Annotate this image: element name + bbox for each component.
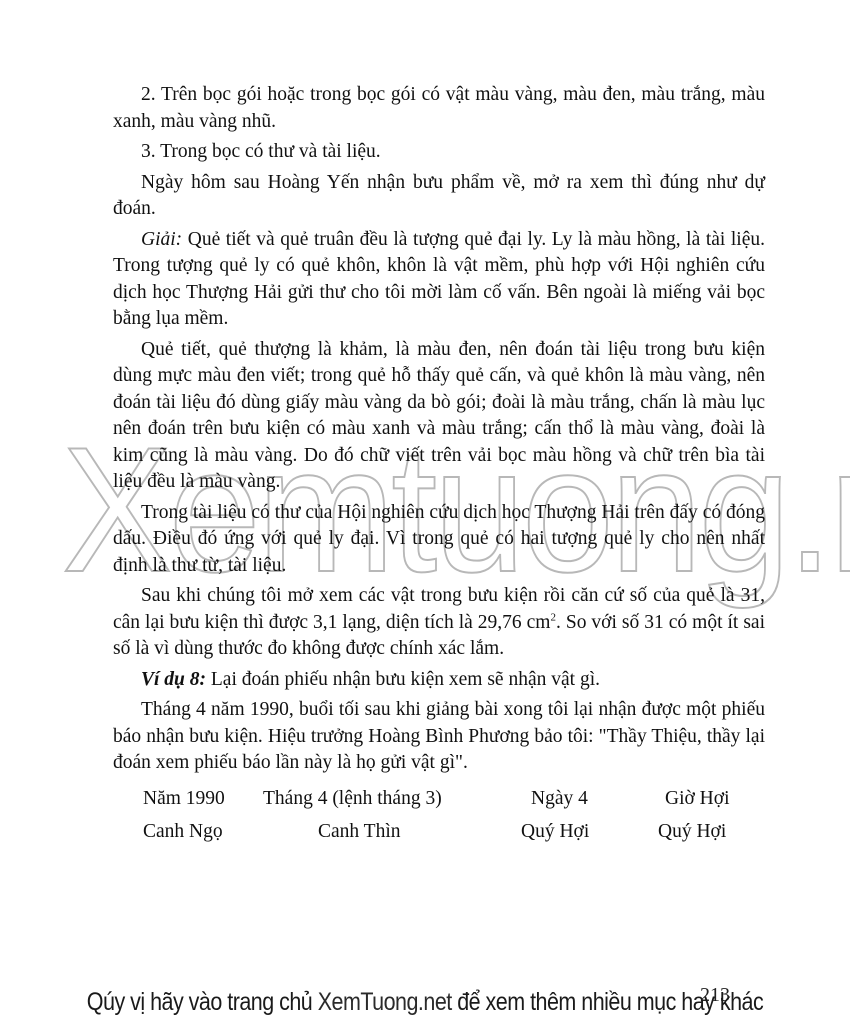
table-cell: Quý Hợi	[501, 819, 633, 846]
paragraph-next-day: Ngày hôm sau Hoàng Yến nhận bưu phẩm về,…	[113, 170, 765, 223]
paragraph-item-2: 2. Trên bọc gói hoặc trong bọc gói có vậ…	[113, 82, 765, 135]
solution-text: Quẻ tiết và quẻ truân đều là tượng quẻ đ…	[113, 229, 765, 330]
document-page: 2. Trên bọc gói hoặc trong bọc gói có vậ…	[113, 82, 765, 849]
paragraph-april-1990: Tháng 4 năm 1990, buổi tối sau khi giảng…	[113, 697, 765, 777]
paragraph-example-8: Ví dụ 8: Lại đoán phiếu nhận bưu kiện xe…	[113, 667, 765, 694]
paragraph-solution: Giải: Quẻ tiết và quẻ truân đều là tượng…	[113, 227, 765, 333]
footer-text: Qúy vị hãy vào trang chủ	[87, 988, 318, 1016]
footer-site-link[interactable]: XemTuong.net	[318, 988, 452, 1016]
example-label: Ví dụ 8:	[141, 669, 206, 690]
date-table: Năm 1990 Tháng 4 (lệnh tháng 3) Ngày 4 G…	[113, 783, 765, 849]
footer-text-end: để xem thêm nhiều mục hay khác	[452, 988, 763, 1016]
table-cell: Canh Thìn	[253, 819, 501, 846]
table-cell: Giờ Hợi	[633, 786, 765, 813]
paragraph-colors: Quẻ tiết, quẻ thượng là khảm, là màu đen…	[113, 337, 765, 496]
table-cell: Năm 1990	[113, 786, 253, 813]
table-cell: Quý Hợi	[633, 819, 765, 846]
paragraph-measurement: Sau khi chúng tôi mở xem các vật trong b…	[113, 583, 765, 663]
table-row: Năm 1990 Tháng 4 (lệnh tháng 3) Ngày 4 G…	[113, 783, 765, 816]
example-text: Lại đoán phiếu nhận bưu kiện xem sẽ nhận…	[206, 669, 600, 690]
paragraph-item-3: 3. Trong bọc có thư và tài liệu.	[113, 139, 765, 166]
table-row: Canh Ngọ Canh Thìn Quý Hợi Quý Hợi	[113, 816, 765, 849]
solution-label: Giải:	[141, 229, 182, 250]
table-cell: Tháng 4 (lệnh tháng 3)	[253, 786, 501, 813]
footer-banner: Qúy vị hãy vào trang chủ XemTuong.net để…	[60, 988, 791, 1017]
table-cell: Ngày 4	[501, 786, 633, 813]
paragraph-letter: Trong tài liệu có thư của Hội nghiên cứu…	[113, 500, 765, 580]
table-cell: Canh Ngọ	[113, 819, 253, 846]
